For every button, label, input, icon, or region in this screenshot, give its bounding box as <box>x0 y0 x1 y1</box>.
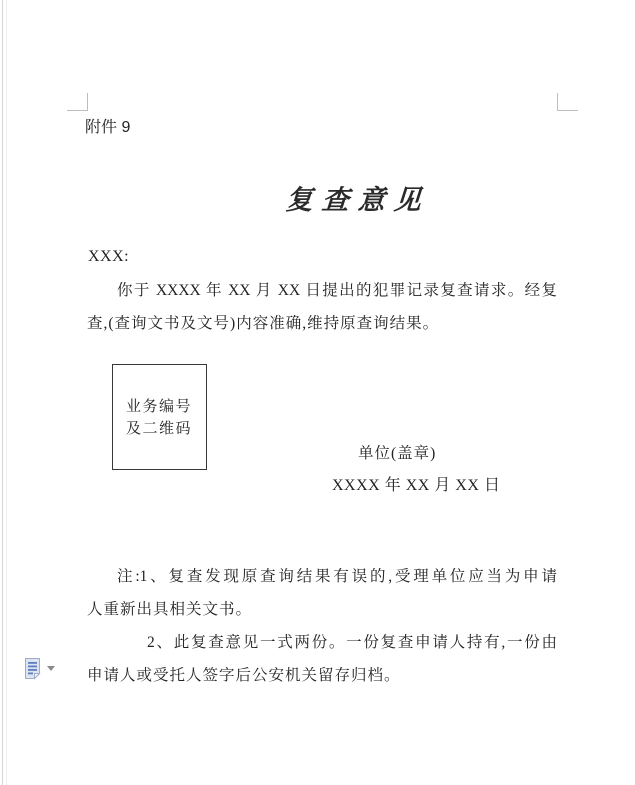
chevron-down-icon[interactable] <box>47 666 55 671</box>
qr-box-label-line-1: 业务编号 <box>126 396 206 418</box>
document-title: 复查意见 <box>86 178 595 217</box>
document-page: 附件 9 复查意见 XXX: 你于 XXXX 年 XX 月 XX 日提出的犯罪记… <box>0 0 635 785</box>
paste-options-icon <box>24 657 41 680</box>
page-left-edge <box>2 0 3 785</box>
page-left-edge-inner <box>6 0 7 785</box>
signature-unit-label: 单位(盖章) <box>358 441 436 463</box>
body-paragraph-line-2: 查,(查询文书及文号)内容准确,维持原查询结果。 <box>87 314 557 333</box>
note-line-2: 人重新出具相关文书。 <box>87 600 557 619</box>
note-line-4: 申请人或受托人签字后公安机关留存归档。 <box>87 666 557 685</box>
note-line-1: 注:1、复查发现原查询结果有误的,受理单位应当为申请 <box>87 567 557 586</box>
attachment-label: 附件 9 <box>85 119 130 137</box>
signature-date: XXXX 年 XX 月 XX 日 <box>332 472 500 495</box>
text-boundary-corner-top-left <box>67 93 88 111</box>
salutation: XXX: <box>88 248 129 266</box>
business-number-qr-box: 业务编号 及二维码 <box>112 364 207 470</box>
qr-box-label-line-2: 及二维码 <box>126 418 206 440</box>
body-paragraph-line-1: 你于 XXXX 年 XX 月 XX 日提出的犯罪记录复查请求。经复 <box>87 281 557 300</box>
paste-options-button[interactable] <box>24 654 58 682</box>
text-boundary-corner-top-right <box>557 93 578 111</box>
note-line-3: 2、此复查意见一式两份。一份复查申请人持有,一份由 <box>87 633 557 652</box>
